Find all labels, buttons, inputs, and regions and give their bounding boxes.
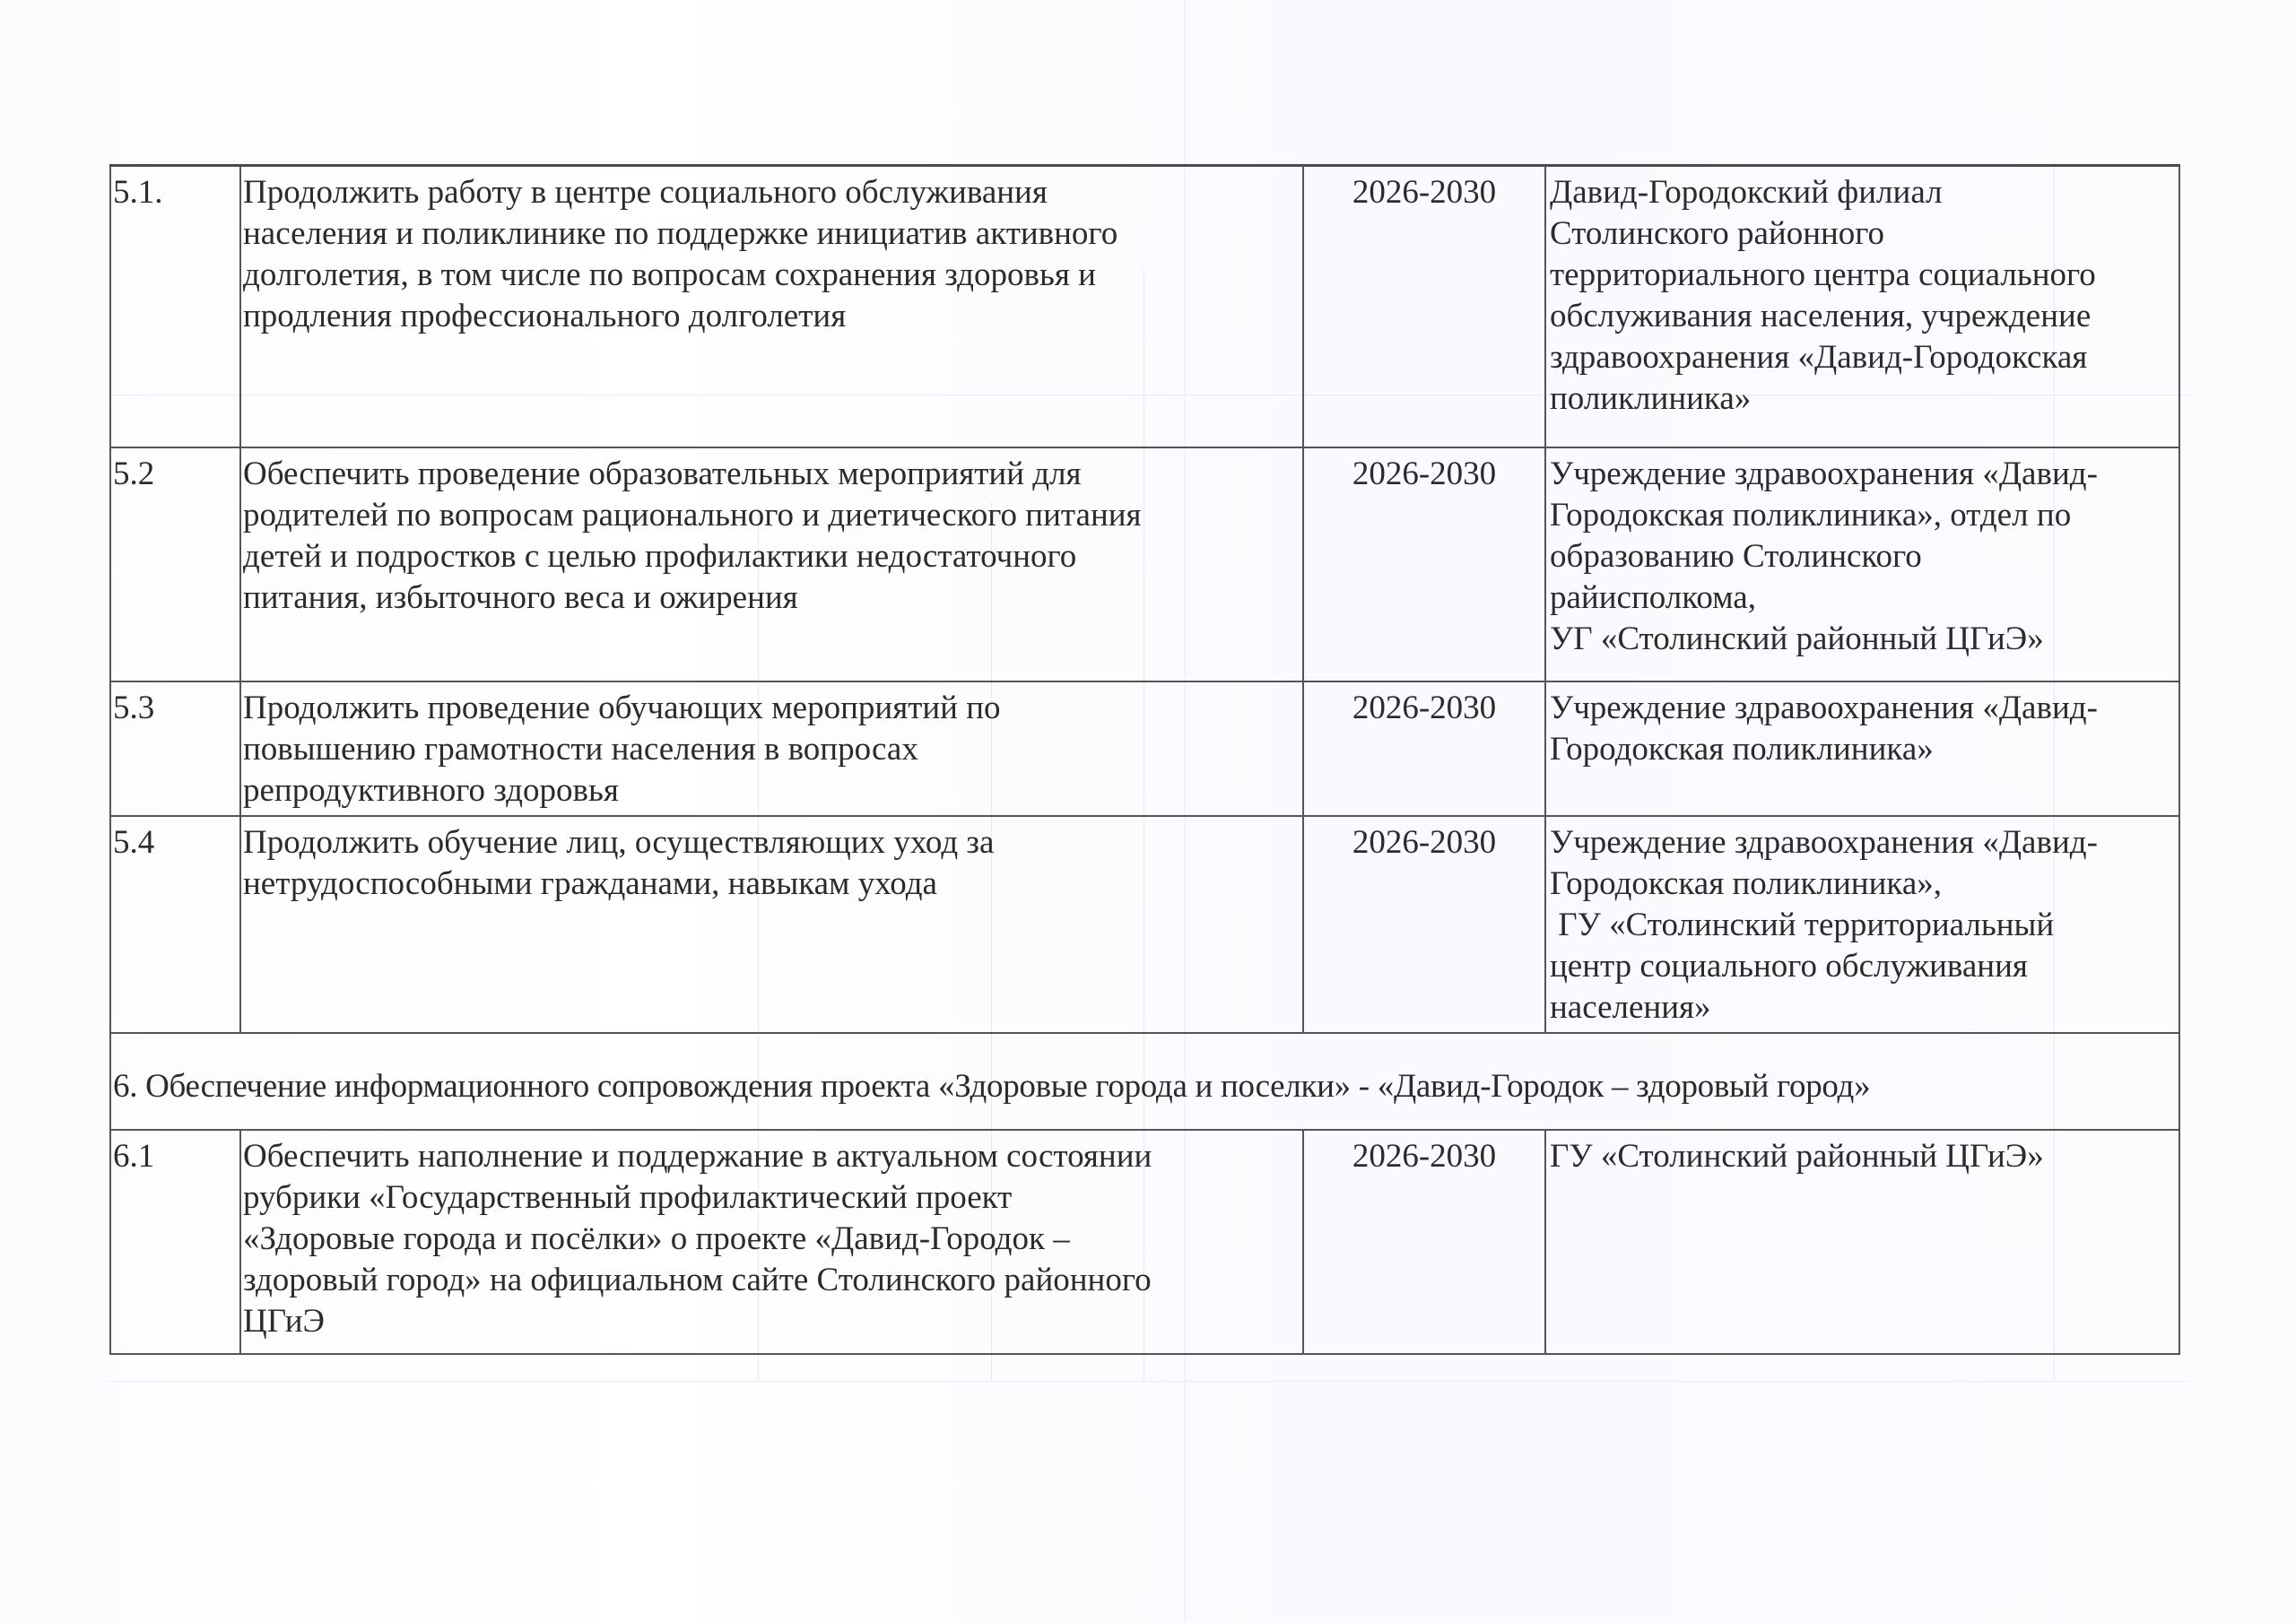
- executor: Учреждение здравоохранения «Давид- Город…: [1545, 816, 2179, 1033]
- action-plan-table: 5.1. Продолжить работу в центре социальн…: [109, 164, 2180, 1355]
- table-row: 6.1 Обеспечить наполнение и поддержание …: [110, 1130, 2179, 1354]
- bleed-through-line: [108, 1381, 2188, 1382]
- table-row: 5.2 Обеспечить проведение образовательны…: [110, 447, 2179, 681]
- period: 2026-2030: [1303, 681, 1545, 816]
- task-description: Продолжить работу в центре социального о…: [240, 166, 1303, 448]
- section-heading: 6. Обеспечение информационного сопровожд…: [110, 1033, 2179, 1130]
- item-number: 5.2: [110, 447, 240, 681]
- table-row: 5.4 Продолжить обучение лиц, осуществляю…: [110, 816, 2179, 1033]
- item-number: 5.4: [110, 816, 240, 1033]
- table-row: 5.3 Продолжить проведение обучающих меро…: [110, 681, 2179, 816]
- executor: ГУ «Столинский районный ЦГиЭ»: [1545, 1130, 2179, 1354]
- period: 2026-2030: [1303, 1130, 1545, 1354]
- period: 2026-2030: [1303, 447, 1545, 681]
- task-description: Обеспечить наполнение и поддержание в ак…: [240, 1130, 1303, 1354]
- executor: Учреждение здравоохранения «Давид- Город…: [1545, 447, 2179, 681]
- item-number: 6.1: [110, 1130, 240, 1354]
- executor: Давид-Городокский филиал Столинского рай…: [1545, 166, 2179, 448]
- executor: Учреждение здравоохранения «Давид- Город…: [1545, 681, 2179, 816]
- item-number: 5.1.: [110, 166, 240, 448]
- task-description: Обеспечить проведение образовательных ме…: [240, 447, 1303, 681]
- section-heading-row: 6. Обеспечение информационного сопровожд…: [110, 1033, 2179, 1130]
- period: 2026-2030: [1303, 166, 1545, 448]
- task-description: Продолжить проведение обучающих мероприя…: [240, 681, 1303, 816]
- scanned-page: 5.1. Продолжить работу в центре социальн…: [0, 0, 2296, 1623]
- table-row: 5.1. Продолжить работу в центре социальн…: [110, 166, 2179, 448]
- item-number: 5.3: [110, 681, 240, 816]
- period: 2026-2030: [1303, 816, 1545, 1033]
- task-description: Продолжить обучение лиц, осуществляющих …: [240, 816, 1303, 1033]
